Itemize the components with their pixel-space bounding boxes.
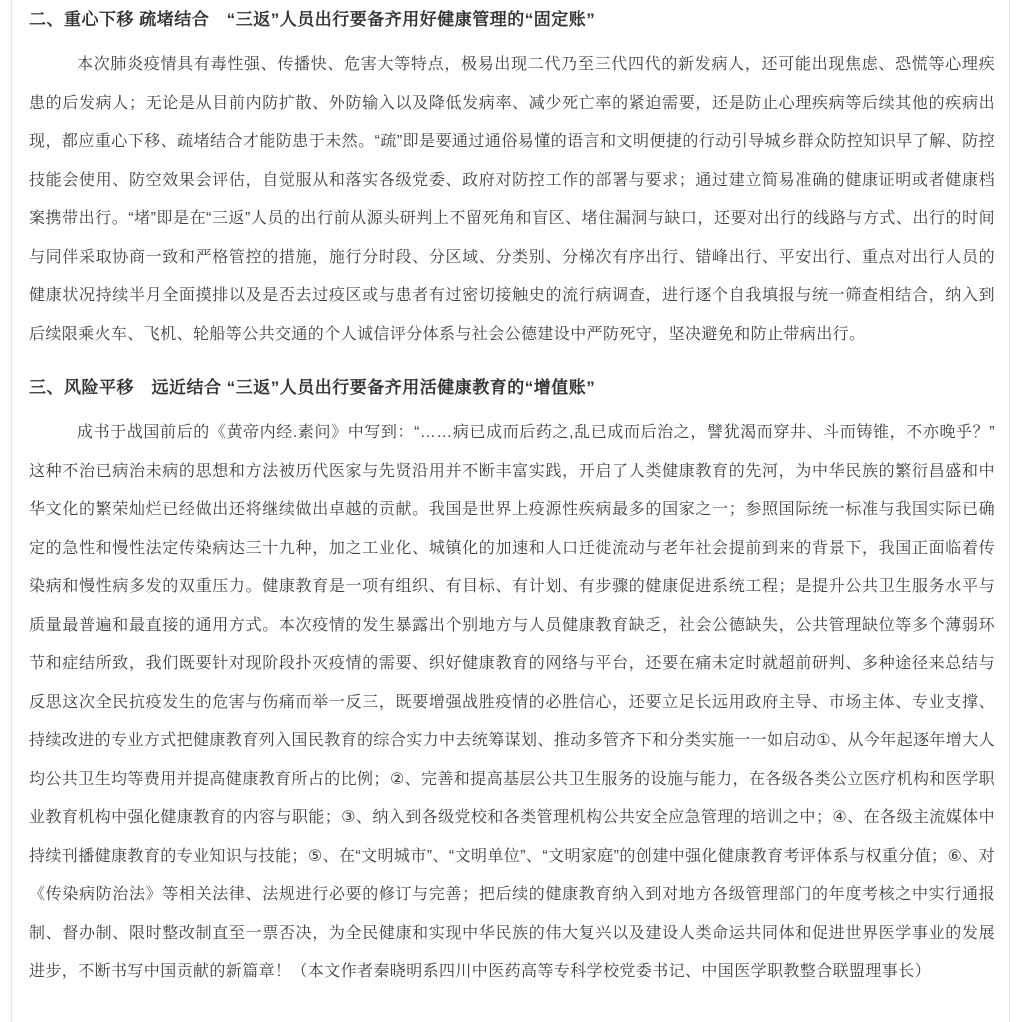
section-3-heading: 三、风险平移 远近结合 “三返”人员出行要备齐用活健康教育的“增值账” <box>29 368 995 400</box>
section-3: 三、风险平移 远近结合 “三返”人员出行要备齐用活健康教育的“增值账” 成书于战… <box>29 368 995 992</box>
section-2-paragraph: 本次肺炎疫情具有毒性强、传播快、危害大等特点，极易出现二代乃至三代四代的新发病人… <box>29 46 995 354</box>
document-page: 二、重心下移 疏堵结合 “三返”人员出行要备齐用好健康管理的“固定账” 本次肺炎… <box>11 0 1010 1022</box>
section-2: 二、重心下移 疏堵结合 “三返”人员出行要备齐用好健康管理的“固定账” 本次肺炎… <box>29 0 995 354</box>
section-2-heading: 二、重心下移 疏堵结合 “三返”人员出行要备齐用好健康管理的“固定账” <box>29 0 995 32</box>
section-3-paragraph: 成书于战国前后的《黄帝内经.素问》中写到：“……病已成而后药之,乱已成而后治之，… <box>29 414 995 992</box>
